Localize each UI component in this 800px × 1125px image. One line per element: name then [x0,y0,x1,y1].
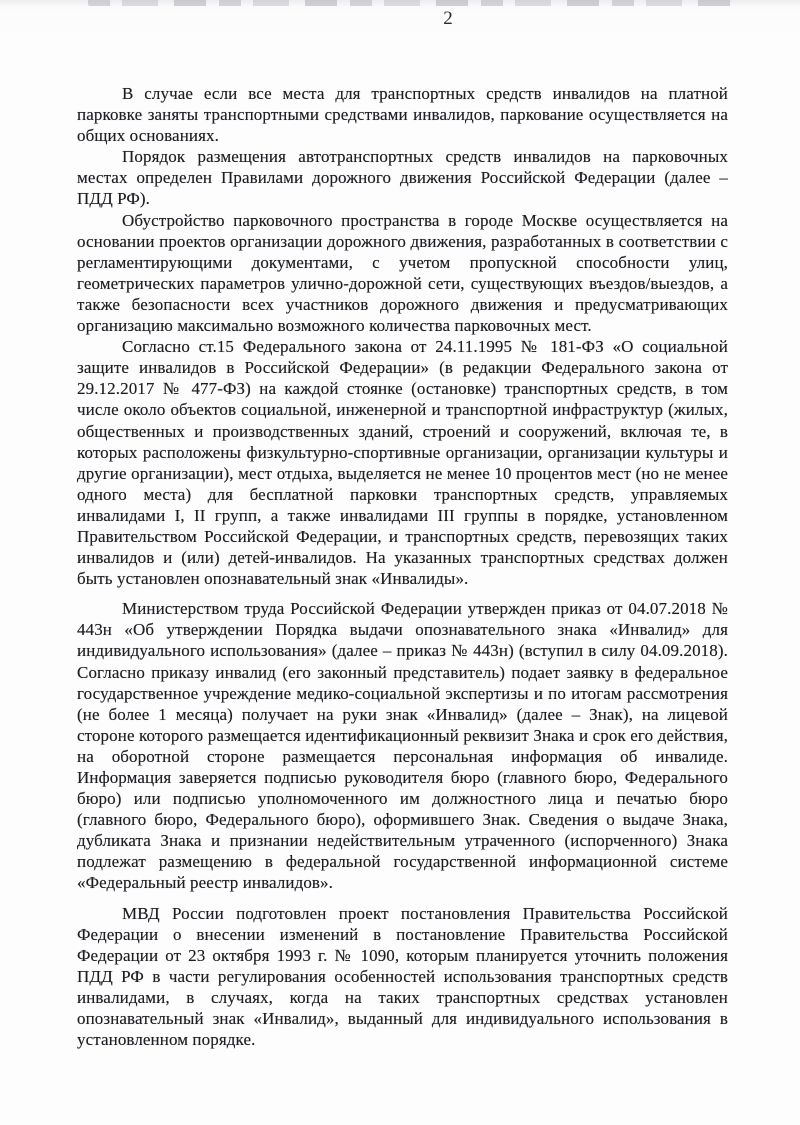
page-number: 2 [0,7,800,31]
scan-edge-artifact [88,0,738,6]
paragraph-moscow-parking-space: Обустройство парковочного пространства в… [77,210,728,337]
paragraph-mintrud-order-443n: Министерством труда Российской Федерации… [77,598,728,893]
page-number-value: 2 [443,7,453,31]
paragraph-mvd-draft-resolution: МВД России подготовлен проект постановле… [77,903,728,1051]
paragraph-paid-parking: В случае если все места для транспортных… [77,83,728,146]
paragraph-federal-law-181: Согласно ст.15 Федерального закона от 24… [77,336,728,589]
document-body: В случае если все места для транспортных… [77,83,728,1050]
scanned-document-page: 2 В случае если все места для транспортн… [0,0,800,1125]
paragraph-pdd-order: Порядок размещения автотранспортных сред… [77,146,728,209]
